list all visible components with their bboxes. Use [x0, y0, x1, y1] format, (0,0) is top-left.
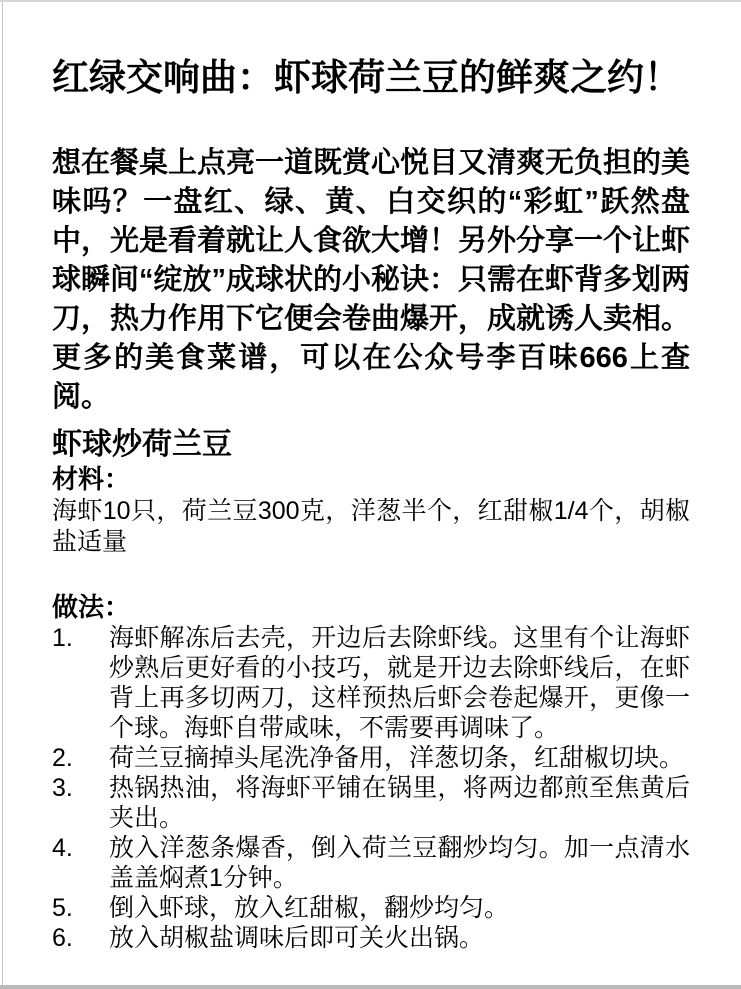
step-text: 荷兰豆摘掉头尾洗净备用，洋葱切条，红甜椒切块。 [109, 743, 690, 773]
intro-paragraph: 想在餐桌上点亮一道既赏心悦目又清爽无负担的美味吗？一盘红、绿、黄、白交织的“彩虹… [52, 144, 690, 417]
step-text: 热锅热油，将海虾平铺在锅里，将两边都煎至焦黄后夹出。 [109, 773, 690, 833]
step-item-1: 1. 海虾解冻后去壳，开边后去除虾线。这里有个让海虾炒熟后更好看的小技巧，就是开… [52, 623, 690, 743]
page-bottom-edge [0, 985, 741, 989]
step-number: 3. [52, 773, 109, 833]
step-number: 1. [52, 623, 109, 743]
document-content: 红绿交响曲：虾球荷兰豆的鲜爽之约！ 想在餐桌上点亮一道既赏心悦目又清爽无负担的美… [0, 56, 741, 953]
step-item-2: 2. 荷兰豆摘掉头尾洗净备用，洋葱切条，红甜椒切块。 [52, 743, 690, 773]
article-title: 红绿交响曲：虾球荷兰豆的鲜爽之约！ [52, 56, 690, 100]
step-text: 海虾解冻后去壳，开边后去除虾线。这里有个让海虾炒熟后更好看的小技巧，就是开边去除… [109, 623, 690, 743]
ingredients-label: 材料： [52, 463, 690, 496]
page-left-edge [2, 2, 3, 989]
step-item-5: 5. 倒入虾球，放入红甜椒，翻炒均匀。 [52, 893, 690, 923]
step-item-4: 4. 放入洋葱条爆香，倒入荷兰豆翻炒均匀。加一点清水盖盖焖煮1分钟。 [52, 833, 690, 893]
step-item-3: 3. 热锅热油，将海虾平铺在锅里，将两边都煎至焦黄后夹出。 [52, 773, 690, 833]
document-page: 红绿交响曲：虾球荷兰豆的鲜爽之约！ 想在餐桌上点亮一道既赏心悦目又清爽无负担的美… [0, 0, 741, 989]
step-text: 放入胡椒盐调味后即可关火出锅。 [109, 923, 690, 953]
steps-list: 1. 海虾解冻后去壳，开边后去除虾线。这里有个让海虾炒熟后更好看的小技巧，就是开… [52, 623, 690, 953]
step-item-6: 6. 放入胡椒盐调味后即可关火出锅。 [52, 923, 690, 953]
step-number: 5. [52, 893, 109, 923]
step-text: 倒入虾球，放入红甜椒，翻炒均匀。 [109, 893, 690, 923]
steps-label: 做法： [52, 591, 690, 623]
recipe-name: 虾球炒荷兰豆 [52, 427, 690, 463]
step-number: 6. [52, 923, 109, 953]
step-number: 2. [52, 743, 109, 773]
step-number: 4. [52, 833, 109, 893]
ingredients-text: 海虾10只，荷兰豆300克，洋葱半个，红甜椒1/4个，胡椒盐适量 [52, 496, 690, 558]
step-text: 放入洋葱条爆香，倒入荷兰豆翻炒均匀。加一点清水盖盖焖煮1分钟。 [109, 833, 690, 893]
